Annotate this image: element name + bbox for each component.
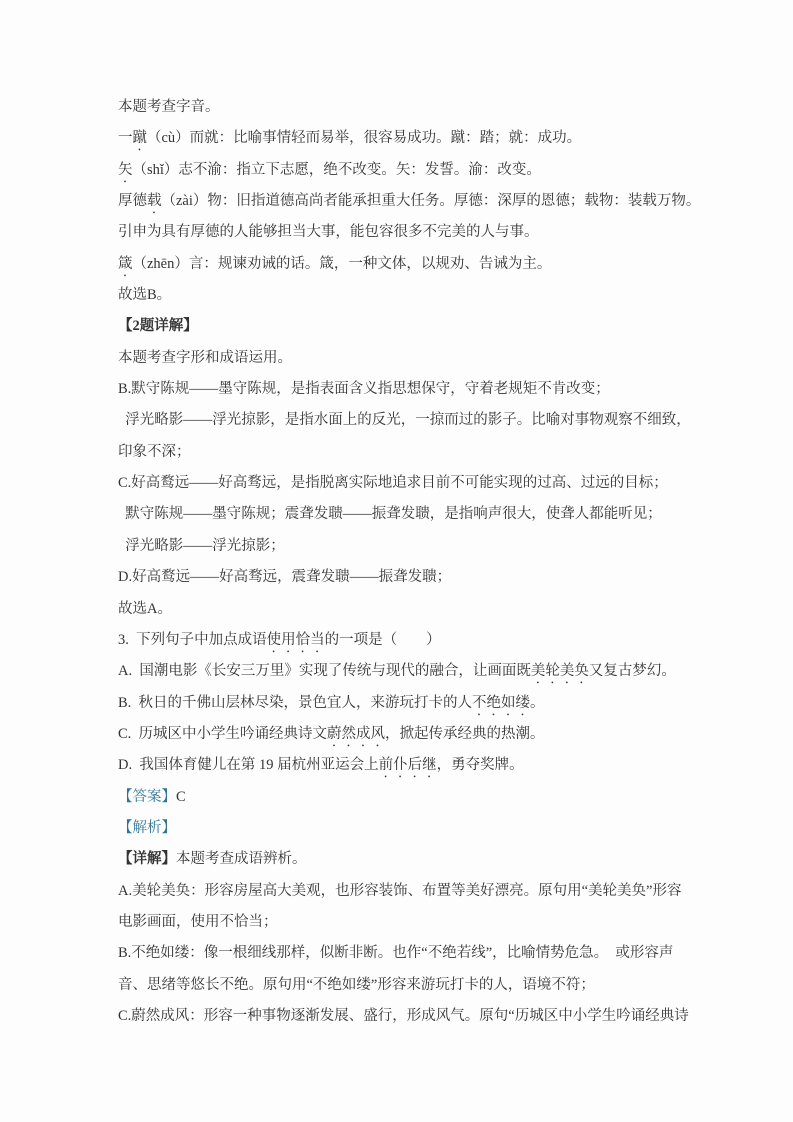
q3-option-c: C. 历城区中小学生吟诵经典诗文蔚然成风，掀起传承经典的热潮。 bbox=[118, 719, 688, 750]
text-segment: 3. 下列句子中加点成语 bbox=[118, 632, 267, 648]
accent-label: 【解析】 bbox=[118, 820, 176, 836]
text-segment: C bbox=[176, 789, 186, 805]
q2-option-c: C.好高鹜远——好高骛远，是指脱离实际地追求目前不可能实现的过高、过远的目标； bbox=[118, 468, 688, 499]
text-segment: A. 国潮电影《长安三万里》实现了传统与现代的融合，让画面既 bbox=[118, 663, 531, 679]
text-segment: 一 bbox=[118, 130, 133, 146]
text-segment: （cù）而就：比喻事情轻而易举，很容易成功。蹴：踏；就：成功。 bbox=[147, 130, 581, 146]
q3-explain-c: C.蔚然成风：形容一种事物逐渐发展、盛行，形成风气。原句“历城区中小学生吟诵经典… bbox=[118, 1001, 688, 1032]
term-zhenyan: 箴（zhēn）言：规谏劝诫的话。箴，一种文体，以规劝、告诫为主。 bbox=[118, 249, 688, 280]
emphasis-dotted-text: 箴 bbox=[118, 256, 133, 272]
text-segment: 电影画面，使用不恰当； bbox=[118, 914, 278, 930]
text-segment: C.好高鹜远——好高骛远，是指脱离实际地追求目前不可能实现的过高、过远的目标； bbox=[118, 475, 668, 491]
text-segment: 的一项是（ ） bbox=[325, 632, 441, 648]
text-segment: B.不绝如缕：像一根细线那样，似断非断。也作“不绝若线”，比喻情势危急。 或形容… bbox=[118, 945, 673, 961]
q2-option-c-cont1: 默守陈规——墨守陈规；震聋发聩——振聋发聩，是指响声很大，使聋人都能听见； bbox=[118, 499, 688, 530]
term-houdezaiwu-cont: 引申为具有厚德的人能够担当大事，能包容很多不完美的人与事。 bbox=[118, 217, 688, 248]
text-segment: D.好高鹜远——好高骛远，震聋发聩——振聋发聩； bbox=[118, 569, 451, 585]
emphasis-dotted-text: 前仆后继 bbox=[379, 757, 437, 773]
q3-explain-a: A.美轮美奂：形容房屋高大美观，也形容装饰、布置等美好漂亮。原句用“美轮美奂”形… bbox=[118, 876, 688, 907]
answer-label-q3: 【答案】C bbox=[118, 782, 688, 813]
q3-option-a: A. 国潮电影《长安三万里》实现了传统与现代的融合，让画面既美轮美奂又复古梦幻。 bbox=[118, 656, 688, 687]
accent-label: 【答案】 bbox=[118, 789, 176, 805]
q3-explain-b: B.不绝如缕：像一根细线那样，似断非断。也作“不绝若线”，比喻情势危急。 或形容… bbox=[118, 938, 688, 969]
text-segment: 浮光略影——浮光掠影，是指水面上的反光，一掠而过的影子。比喻对事物观察不细致， bbox=[118, 412, 691, 428]
text-segment: 引申为具有厚德的人能够担当大事，能包容很多不完美的人与事。 bbox=[118, 224, 539, 240]
text-segment: 印象不深； bbox=[118, 444, 191, 460]
text-segment: 本题考查字形和成语运用。 bbox=[118, 350, 292, 366]
q2-option-d: D.好高鹜远——好高骛远，震聋发聩——振聋发聩； bbox=[118, 562, 688, 593]
text-segment: 又复古梦幻。 bbox=[589, 663, 676, 679]
text-segment: B. 秋日的千佛山层林尽染，景色宜人，来游玩打卡的人 bbox=[118, 695, 472, 711]
question-3-stem: 3. 下列句子中加点成语使用恰当的一项是（ ） bbox=[118, 625, 688, 656]
analysis-intro-q1: 本题考查字音。 bbox=[118, 92, 688, 123]
text-segment: （shǐ）志不渝：指立下志愿，绝不改变。矢：发誓。渝：改变。 bbox=[133, 162, 541, 178]
text-segment: 本题考查成语辨析。 bbox=[176, 851, 307, 867]
text-segment: （zài）物：旧指道德高尚者能承担重大任务。厚德：深厚的恩德；载物：装载万物。 bbox=[162, 193, 701, 209]
answer-choice-q1: 故选B。 bbox=[118, 280, 688, 311]
q2-option-c-cont2: 浮光略影——浮光掠影； bbox=[118, 531, 688, 562]
term-shizhibuyu: 矢（shǐ）志不渝：指立下志愿，绝不改变。矢：发誓。渝：改变。 bbox=[118, 155, 688, 186]
text-segment: 【详解】 bbox=[118, 851, 176, 867]
term-houdezaiwu: 厚德载（zài）物：旧指道德高尚者能承担重大任务。厚德：深厚的恩德；载物：装载万… bbox=[118, 186, 688, 217]
term-yicuerjiu: 一蹴（cù）而就：比喻事情轻而易举，很容易成功。蹴：踏；就：成功。 bbox=[118, 123, 688, 154]
analysis-intro-q2: 本题考查字形和成语运用。 bbox=[118, 343, 688, 374]
text-segment: C.蔚然成风：形容一种事物逐渐发展、盛行，形成风气。原句“历城区中小学生吟诵经典… bbox=[118, 1008, 689, 1024]
detail-label-q3: 【详解】本题考查成语辨析。 bbox=[118, 844, 688, 875]
document-content: 本题考查字音。一蹴（cù）而就：比喻事情轻而易举，很容易成功。蹴：踏；就：成功。… bbox=[118, 92, 688, 1032]
answer-choice-q2: 故选A。 bbox=[118, 594, 688, 625]
text-segment: 默守陈规——墨守陈规；震聋发聩——振聋发聩，是指响声很大，使聋人都能听见； bbox=[118, 506, 662, 522]
text-segment: 【2题详解】 bbox=[118, 318, 198, 334]
text-segment: 本题考查字音。 bbox=[118, 99, 220, 115]
text-segment: B.默守陈规——墨守陈规，是指表面含义指思想保守，守着老规矩不肯改变； bbox=[118, 381, 610, 397]
emphasis-dotted-text: 美轮美奂 bbox=[531, 663, 589, 679]
emphasis-dotted-text: 载 bbox=[147, 193, 162, 209]
q2-option-b-cont2: 印象不深； bbox=[118, 437, 688, 468]
section-label-q2-detail: 【2题详解】 bbox=[118, 311, 688, 342]
text-segment: 浮光略影——浮光掠影； bbox=[118, 538, 285, 554]
q2-option-b-cont1: 浮光略影——浮光掠影，是指水面上的反光，一掠而过的影子。比喻对事物观察不细致， bbox=[118, 405, 688, 436]
emphasis-dotted-text: 不绝如缕 bbox=[472, 695, 530, 711]
text-segment: C. 历城区中小学生吟诵经典诗文 bbox=[118, 726, 327, 742]
text-segment: 厚德 bbox=[118, 193, 147, 209]
text-segment: ，勇夺奖牌。 bbox=[437, 757, 524, 773]
text-segment: 。 bbox=[530, 695, 545, 711]
q3-option-d: D. 我国体育健儿在第 19 届杭州亚运会上前仆后继，勇夺奖牌。 bbox=[118, 750, 688, 781]
q3-explain-b-cont: 音、思绪等悠长不绝。原句用“不绝如缕”形容来游玩打卡的人，语境不符； bbox=[118, 970, 688, 1001]
q2-option-b: B.默守陈规——墨守陈规，是指表面含义指思想保守，守着老规矩不肯改变； bbox=[118, 374, 688, 405]
text-segment: 故选B。 bbox=[118, 287, 171, 303]
text-segment: A.美轮美奂：形容房屋高大美观，也形容装饰、布置等美好漂亮。原句用“美轮美奂”形… bbox=[118, 883, 681, 899]
emphasis-dotted-text: 使用恰当 bbox=[267, 632, 325, 648]
emphasis-dotted-text: 蹴 bbox=[133, 130, 148, 146]
emphasis-dotted-text: 蔚然成风 bbox=[327, 726, 385, 742]
text-segment: D. 我国体育健儿在第 19 届杭州亚运会上 bbox=[118, 757, 379, 773]
text-segment: ，掀起传承经典的热潮。 bbox=[385, 726, 545, 742]
emphasis-dotted-text: 矢 bbox=[118, 162, 133, 178]
text-segment: 故选A。 bbox=[118, 601, 172, 617]
text-segment: 音、思绪等悠长不绝。原句用“不绝如缕”形容来游玩打卡的人，语境不符； bbox=[118, 977, 595, 993]
text-segment: （zhēn）言：规谏劝诫的话。箴，一种文体，以规劝、告诫为主。 bbox=[133, 256, 552, 272]
analysis-label-q3: 【解析】 bbox=[118, 813, 688, 844]
document-page: 本题考查字音。一蹴（cù）而就：比喻事情轻而易举，很容易成功。蹴：踏；就：成功。… bbox=[0, 0, 793, 1122]
q3-option-b: B. 秋日的千佛山层林尽染，景色宜人，来游玩打卡的人不绝如缕。 bbox=[118, 688, 688, 719]
q3-explain-a-cont: 电影画面，使用不恰当； bbox=[118, 907, 688, 938]
